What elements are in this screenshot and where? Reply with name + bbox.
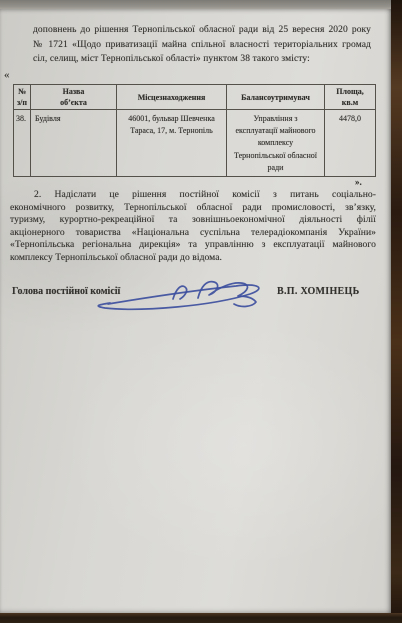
- item2-line: «Тернопільська регіональна дирекція» та …: [10, 239, 376, 252]
- header-cell-object-name: Назва об’єкта: [31, 85, 117, 110]
- item2-line: економічного розвитку, Тернопільської об…: [10, 202, 376, 215]
- item2-line: 2. Надіслати це рішення постійної комісі…: [10, 189, 376, 202]
- header-line: об’єкта: [31, 97, 116, 108]
- sheet-top-shadow-band: [0, 0, 391, 9]
- item2-paragraph: 2. Надіслати це рішення постійної комісі…: [10, 189, 376, 265]
- table-header-row: № з/п Назва об’єкта Місцезнаходження Бал…: [14, 85, 376, 110]
- item2-line: туризму, курортно-рекреаційної та зовніш…: [10, 214, 376, 227]
- cell-line: ради: [229, 162, 322, 174]
- cell-area-value: 4478,0: [325, 110, 376, 177]
- header-line: Назва: [31, 86, 116, 97]
- cell-object-name: Будівля: [31, 110, 117, 177]
- header-cell-number: № з/п: [14, 85, 31, 110]
- wooden-table-right-strip: [391, 0, 402, 623]
- cell-line: Тернопільської обласної: [229, 150, 322, 162]
- header-line: з/п: [14, 97, 30, 108]
- handwritten-signature-ink: [80, 271, 295, 317]
- closing-quote-mark: ».: [355, 177, 362, 187]
- cell-row-number: 38.: [14, 110, 31, 177]
- header-line: №: [14, 86, 30, 97]
- opening-quote-mark: «: [4, 69, 10, 81]
- cell-location: 46001, бульвар Шевченка Тараса, 17, м. Т…: [117, 110, 227, 177]
- header-cell-area: Площа, кв.м: [325, 85, 376, 110]
- cell-balance-holder: Управління з експлуатації майнового комп…: [227, 110, 325, 177]
- item2-line: акціонерного товариства «Національна сус…: [10, 227, 376, 240]
- cell-line: 46001, бульвар Шевченка: [119, 113, 224, 125]
- table-row: 38. Будівля 46001, бульвар Шевченка Тара…: [14, 110, 376, 177]
- photo-of-document: { "doc": { "para1_lines": [ "доповнень д…: [0, 0, 402, 623]
- cell-line: комплексу: [229, 137, 322, 149]
- item2-line: комплексу Тернопільської обласної ради д…: [10, 252, 376, 265]
- cell-line: експлуатації майнового: [229, 125, 322, 137]
- header-line: кв.м: [325, 97, 375, 108]
- header-cell-location: Місцезнаходження: [117, 85, 227, 110]
- cell-line: Тараса, 17, м. Тернопіль: [119, 125, 224, 137]
- wooden-table-bottom-strip: [0, 613, 402, 623]
- intro-line: № 1721 «Щодо приватизації майна спільної…: [33, 38, 371, 53]
- header-cell-balance-holder: Балансоутримувач: [227, 85, 325, 110]
- document-sheet: доповнень до рішення Тернопільської обла…: [0, 9, 391, 614]
- property-table: № з/п Назва об’єкта Місцезнаходження Бал…: [13, 84, 376, 177]
- header-line: Площа,: [325, 86, 375, 97]
- intro-line: доповнень до рішення Тернопільської обла…: [33, 23, 371, 38]
- intro-line: сіл, селищ, міст Тернопільської області»…: [33, 52, 371, 67]
- cell-line: Управління з: [229, 113, 322, 125]
- intro-paragraph: доповнень до рішення Тернопільської обла…: [33, 23, 371, 67]
